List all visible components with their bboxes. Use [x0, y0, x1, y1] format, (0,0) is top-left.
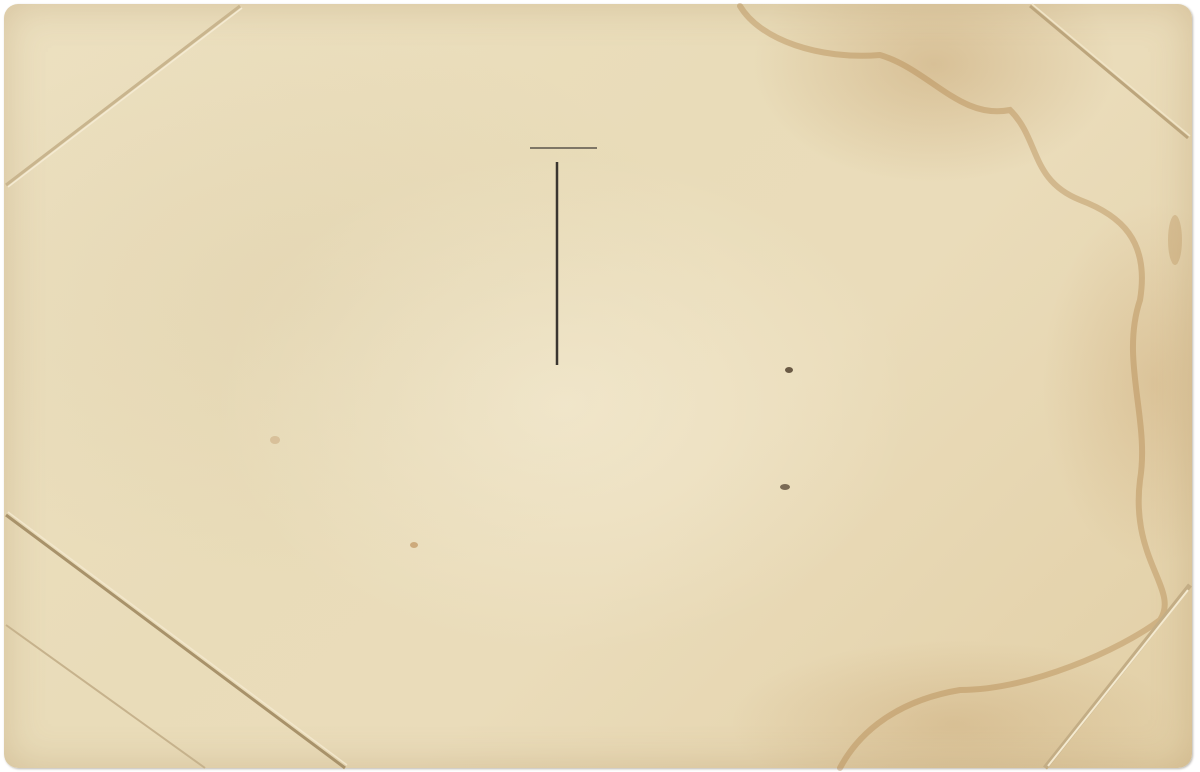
postcard-back — [4, 4, 1192, 768]
